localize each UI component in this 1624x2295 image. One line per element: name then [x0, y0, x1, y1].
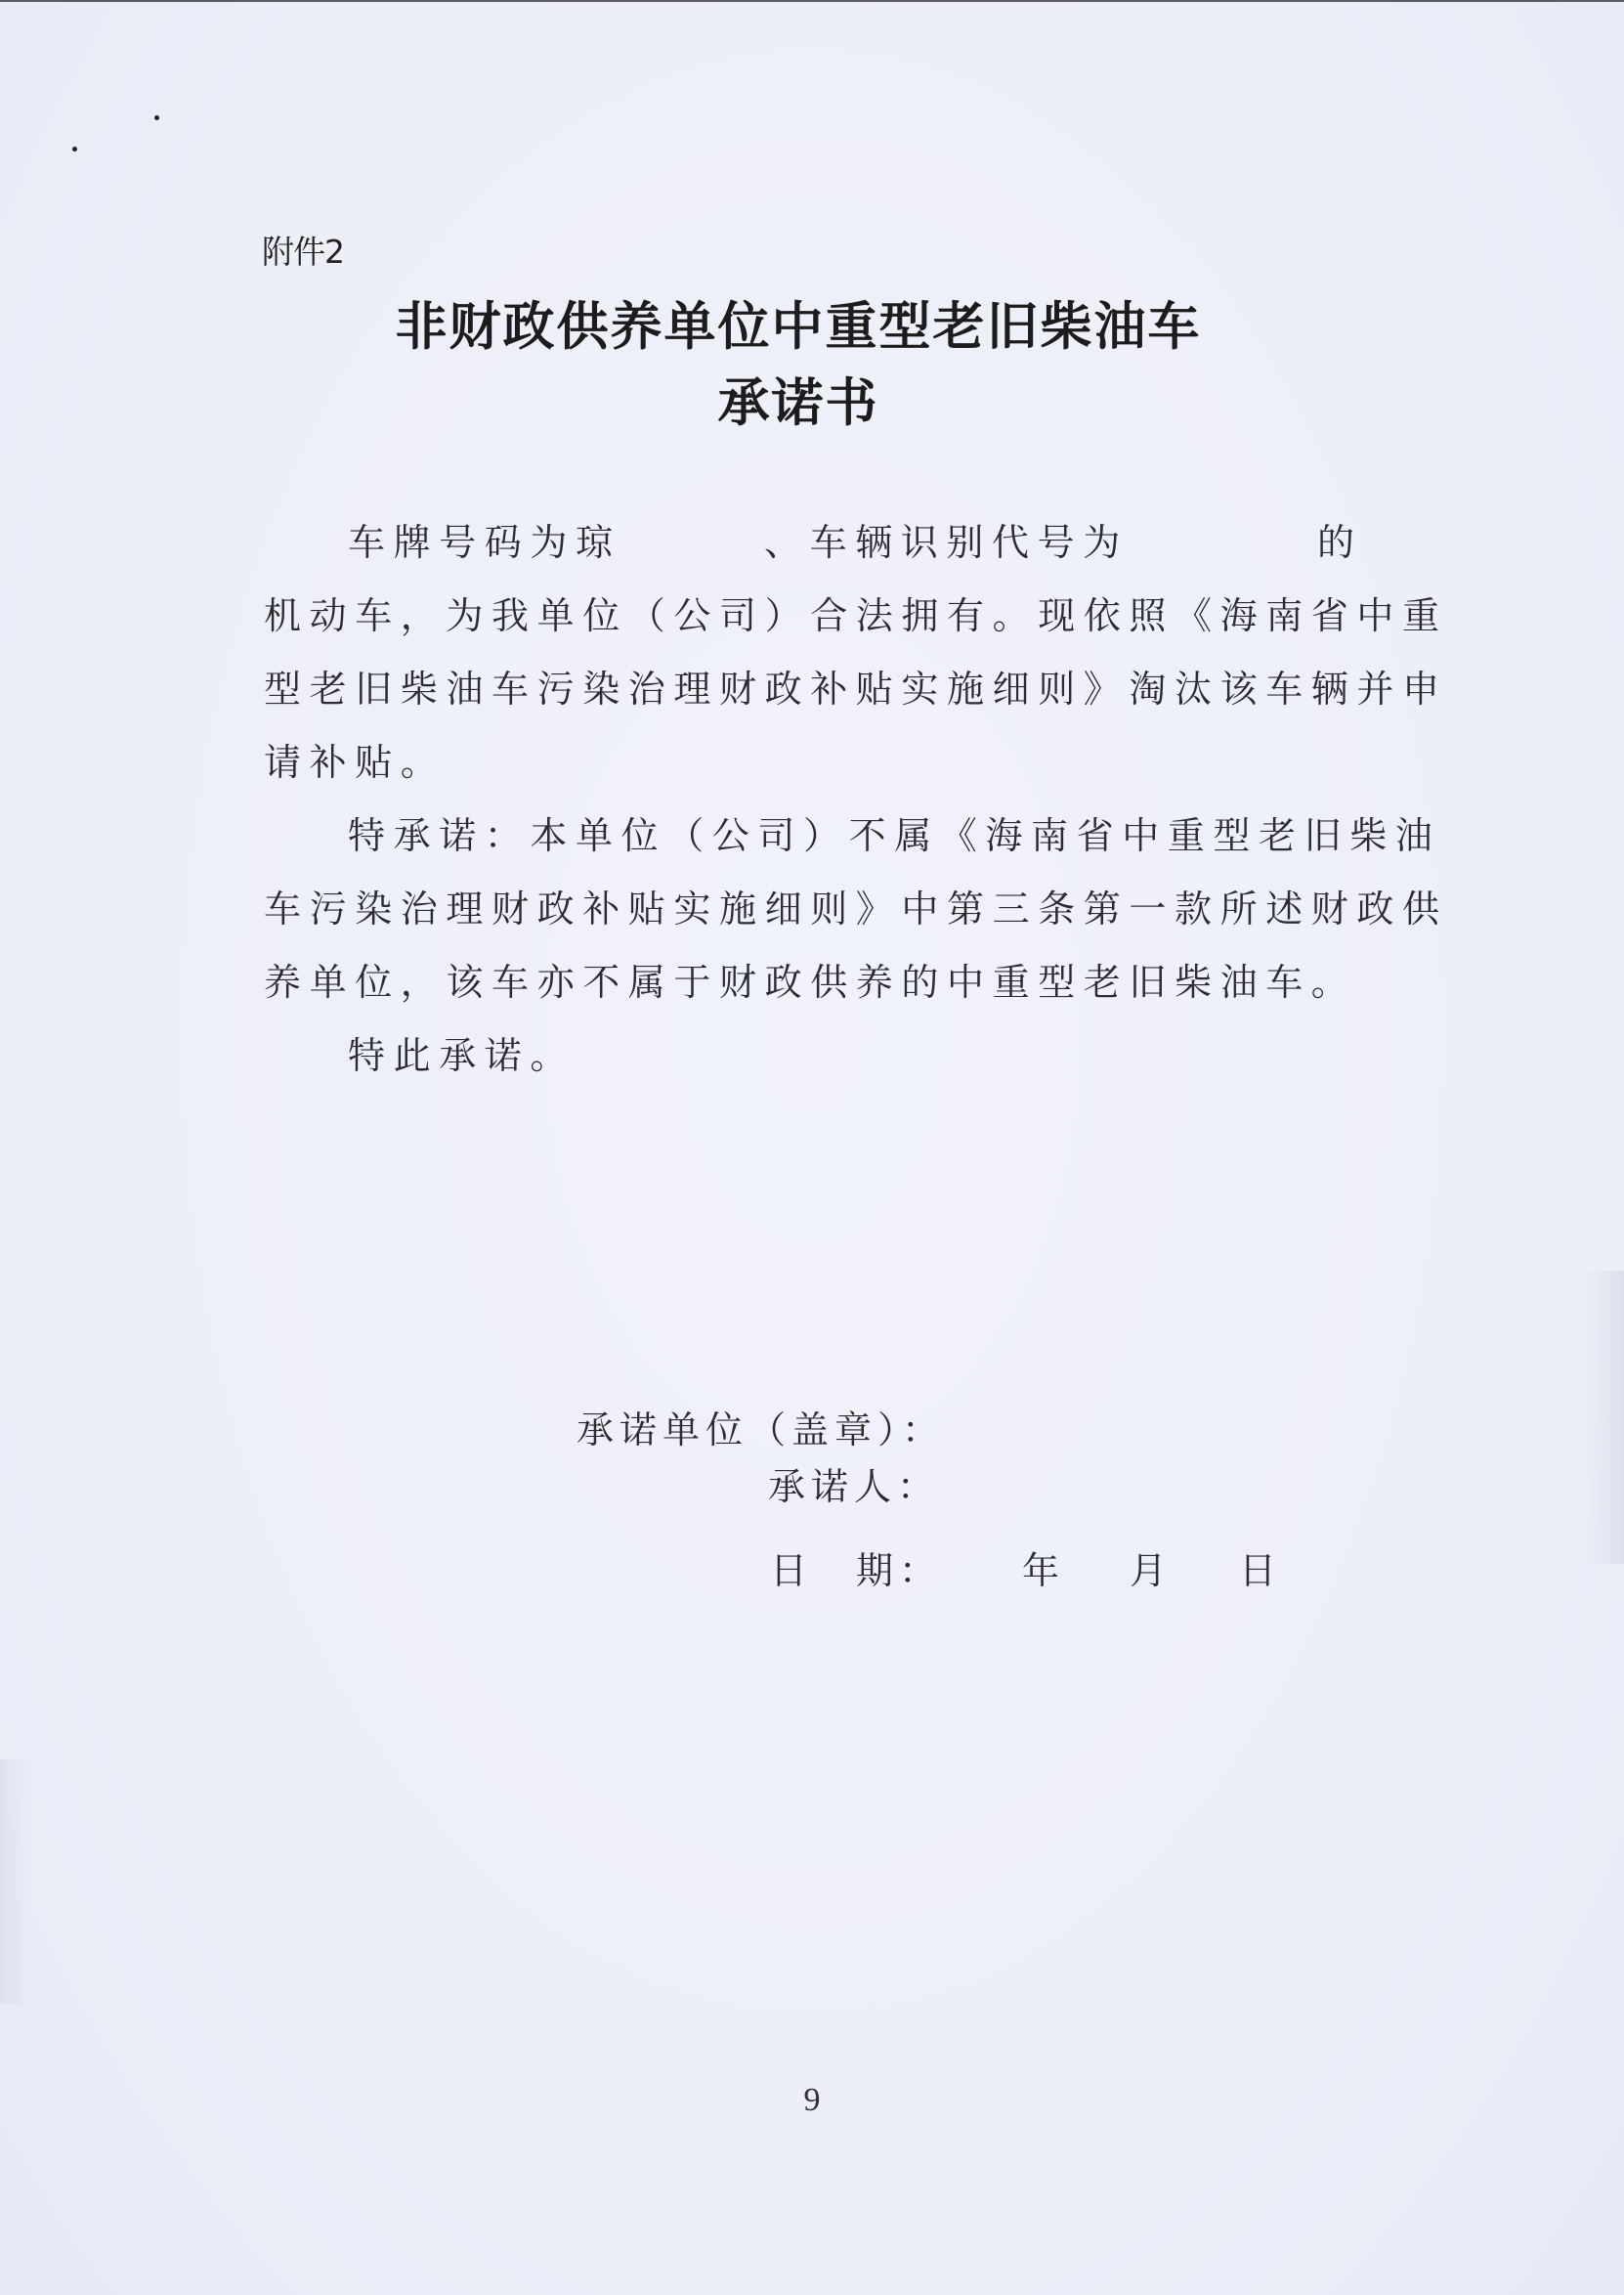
scan-speck: [72, 147, 77, 152]
plate-number-prompt: 车牌号码为琼: [348, 506, 621, 580]
document-subtitle: 承诺书: [0, 362, 1610, 436]
date-label: 日 期：: [770, 1540, 942, 1594]
scan-edge: [0, 0, 1624, 2]
paragraph-1-line: 机动车，为我单位（公司）合法拥有。现依照《海南省中重: [264, 580, 1358, 653]
date-month: 月: [1130, 1540, 1173, 1594]
paragraph-2-line: 养单位，该车亦不属于财政供养的中重型老旧柴油车。: [264, 946, 1358, 1019]
paragraph-1-line-1-end: 的: [1317, 506, 1363, 580]
date-day: 日: [1239, 1540, 1282, 1594]
scanned-page: 附件2 非财政供养单位中重型老旧柴油车 承诺书 车牌号码为琼 、车辆识别代号为 …: [0, 0, 1624, 2295]
closing-statement: 特此承诺。: [264, 1019, 1358, 1093]
commitment-paragraph-1: 车牌号码为琼 、车辆识别代号为 的 机动车，为我单位（公司）合法拥有。现依照《海…: [264, 506, 1358, 800]
attachment-label: 附件2: [262, 227, 344, 273]
paragraph-2-line: 特承诺：本单位（公司）不属《海南省中重型老旧柴油: [264, 800, 1358, 873]
date-year: 年: [1022, 1540, 1065, 1594]
vin-prompt: 、车辆识别代号为: [764, 506, 1129, 580]
scan-shadow: [1585, 1271, 1624, 1564]
plate-vin-line: 车牌号码为琼 、车辆识别代号为 的: [264, 506, 1358, 580]
committer-label: 承诺人：: [768, 1456, 940, 1510]
scan-speck: [154, 115, 159, 120]
paragraph-2-line: 车污染治理财政补贴实施细则》中第三条第一款所述财政供: [264, 873, 1358, 946]
paragraph-1-line: 型老旧柴油车污染治理财政补贴实施细则》淘汰该车辆并申: [264, 653, 1358, 726]
document-title: 非财政供养单位中重型老旧柴油车: [0, 285, 1610, 360]
committing-unit-label: 承诺单位（盖章）：: [577, 1400, 945, 1453]
paragraph-1-line: 请补贴。: [264, 726, 1358, 800]
page-number: 9: [0, 2082, 1624, 2119]
scan-shadow: [0, 1759, 29, 2004]
commitment-paragraph-2: 特承诺：本单位（公司）不属《海南省中重型老旧柴油 车污染治理财政补贴实施细则》中…: [264, 800, 1358, 1093]
